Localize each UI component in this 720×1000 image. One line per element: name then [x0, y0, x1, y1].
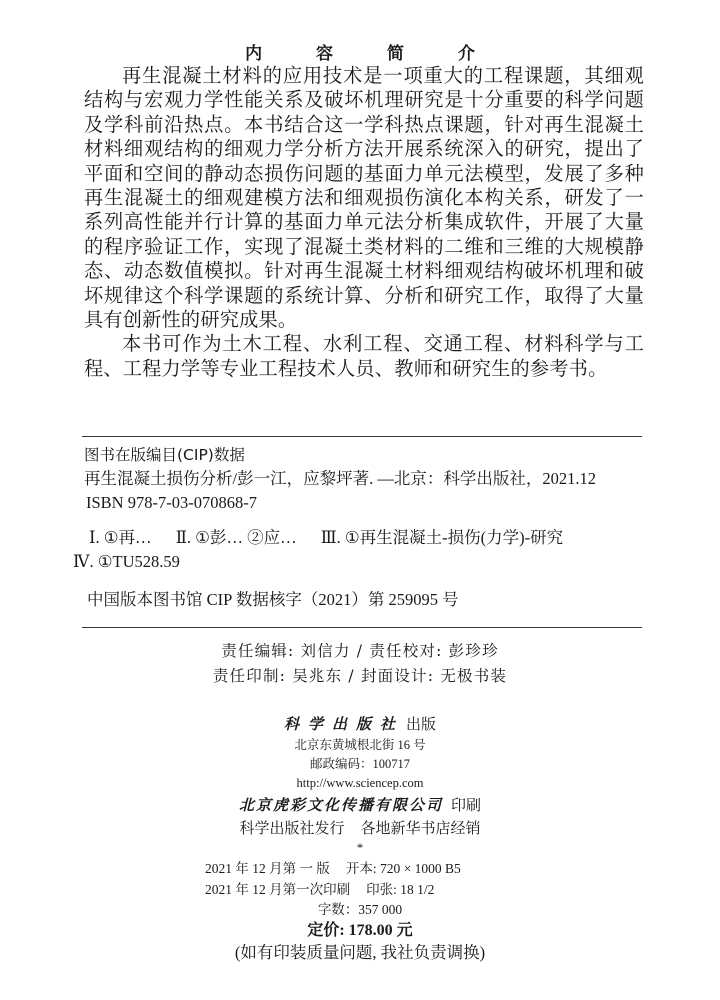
separator-asterisk: *: [0, 841, 720, 855]
cip-classification-row-1: Ⅰ. ①再… Ⅱ. ①彭… ②应… Ⅲ. ①再生混凝土-损伤(力学)-研究: [84, 526, 644, 550]
book-summary: 再生混凝土材料的应用技术是一项重大的工程课题，其细观结构与宏观力学性能关系及破坏…: [84, 64, 644, 381]
printer-line: 北京虎彩文化传播有限公司印刷: [0, 793, 720, 817]
cip-bottom-divider: [82, 627, 642, 628]
price: 定价: 178.00 元: [0, 920, 720, 942]
publisher-line: 科学出版社出版: [0, 712, 720, 736]
copyright-page: 内 容 简 介 再生混凝土材料的应用技术是一项重大的工程课题，其细观结构与宏观力…: [0, 0, 720, 1000]
quality-note: (如有印装质量问题, 我社负责调换): [0, 941, 720, 965]
distributor: 科学出版社发行: [239, 821, 344, 837]
summary-paragraph-2: 本书可作为土木工程、水利工程、交通工程、材料科学与工程、工程力学等专业工程技术人…: [84, 332, 644, 381]
edition-line: 2021 年 12 月第 一 版开本: 720 × 1000 B5: [205, 858, 461, 879]
classification-i: Ⅰ. ①再…: [89, 528, 152, 547]
staff-line-editors: 责任编辑: 刘信力 / 责任校对: 彭珍珍: [0, 639, 720, 664]
publisher-action: 出版: [406, 717, 436, 733]
printer-action: 印刷: [451, 798, 481, 814]
print-date: 2021 年 12 月第一次印刷: [205, 882, 350, 897]
print-sheets: 印张: 18 1/2: [366, 882, 434, 897]
printer-name: 北京虎彩文化传播有限公司: [239, 796, 443, 814]
cip-classification-row-2: Ⅳ. ①TU528.59: [73, 550, 644, 574]
publisher-logo-text: 科学出版社: [284, 715, 404, 733]
staff-credits: 责任编辑: 刘信力 / 责任校对: 彭珍珍 责任印制: 吴兆东 / 封面设计: …: [0, 639, 720, 689]
edition-info: 2021 年 12 月第 一 版开本: 720 × 1000 B5 2021 年…: [205, 858, 461, 900]
page-title: 内 容 简 介: [0, 43, 720, 65]
cip-isbn: ISBN 978-7-03-070868-7: [84, 491, 644, 515]
edition-format: 开本: 720 × 1000 B5: [346, 861, 461, 876]
cip-number: 中国版本图书馆 CIP 数据核字（2021）第 259095 号: [84, 588, 644, 612]
publisher-address: 北京东黄城根北街 16 号: [0, 736, 720, 755]
word-count: 字数：357 000: [0, 899, 720, 920]
retailer: 各地新华书店经销: [361, 821, 481, 837]
publisher-website: http://www.sciencep.com: [0, 774, 720, 793]
staff-line-production: 责任印制: 吴兆东 / 封面设计: 无极书装: [0, 664, 720, 689]
distribution-line: 科学出版社发行各地新华书店经销: [0, 817, 720, 841]
classification-iii: Ⅲ. ①再生混凝土-损伤(力学)-研究: [321, 528, 563, 547]
summary-paragraph-1: 再生混凝土材料的应用技术是一项重大的工程课题，其细观结构与宏观力学性能关系及破坏…: [84, 64, 644, 332]
publisher-postcode: 邮政编码：100717: [0, 755, 720, 774]
cip-heading: 图书在版编目(CIP)数据: [84, 443, 644, 467]
publisher-info: 科学出版社出版 北京东黄城根北街 16 号 邮政编码：100717 http:/…: [0, 712, 720, 855]
cip-top-divider: [82, 436, 642, 437]
cip-data-block: 图书在版编目(CIP)数据 再生混凝土损伤分析/彭一江，应黎坪著. —北京：科学…: [84, 443, 644, 612]
classification-ii: Ⅱ. ①彭… ②应…: [176, 528, 297, 547]
print-line: 2021 年 12 月第一次印刷印张: 18 1/2: [205, 879, 461, 900]
edition-date: 2021 年 12 月第 一 版: [205, 861, 330, 876]
cip-record: 再生混凝土损伤分析/彭一江，应黎坪著. —北京：科学出版社，2021.12: [84, 467, 644, 491]
